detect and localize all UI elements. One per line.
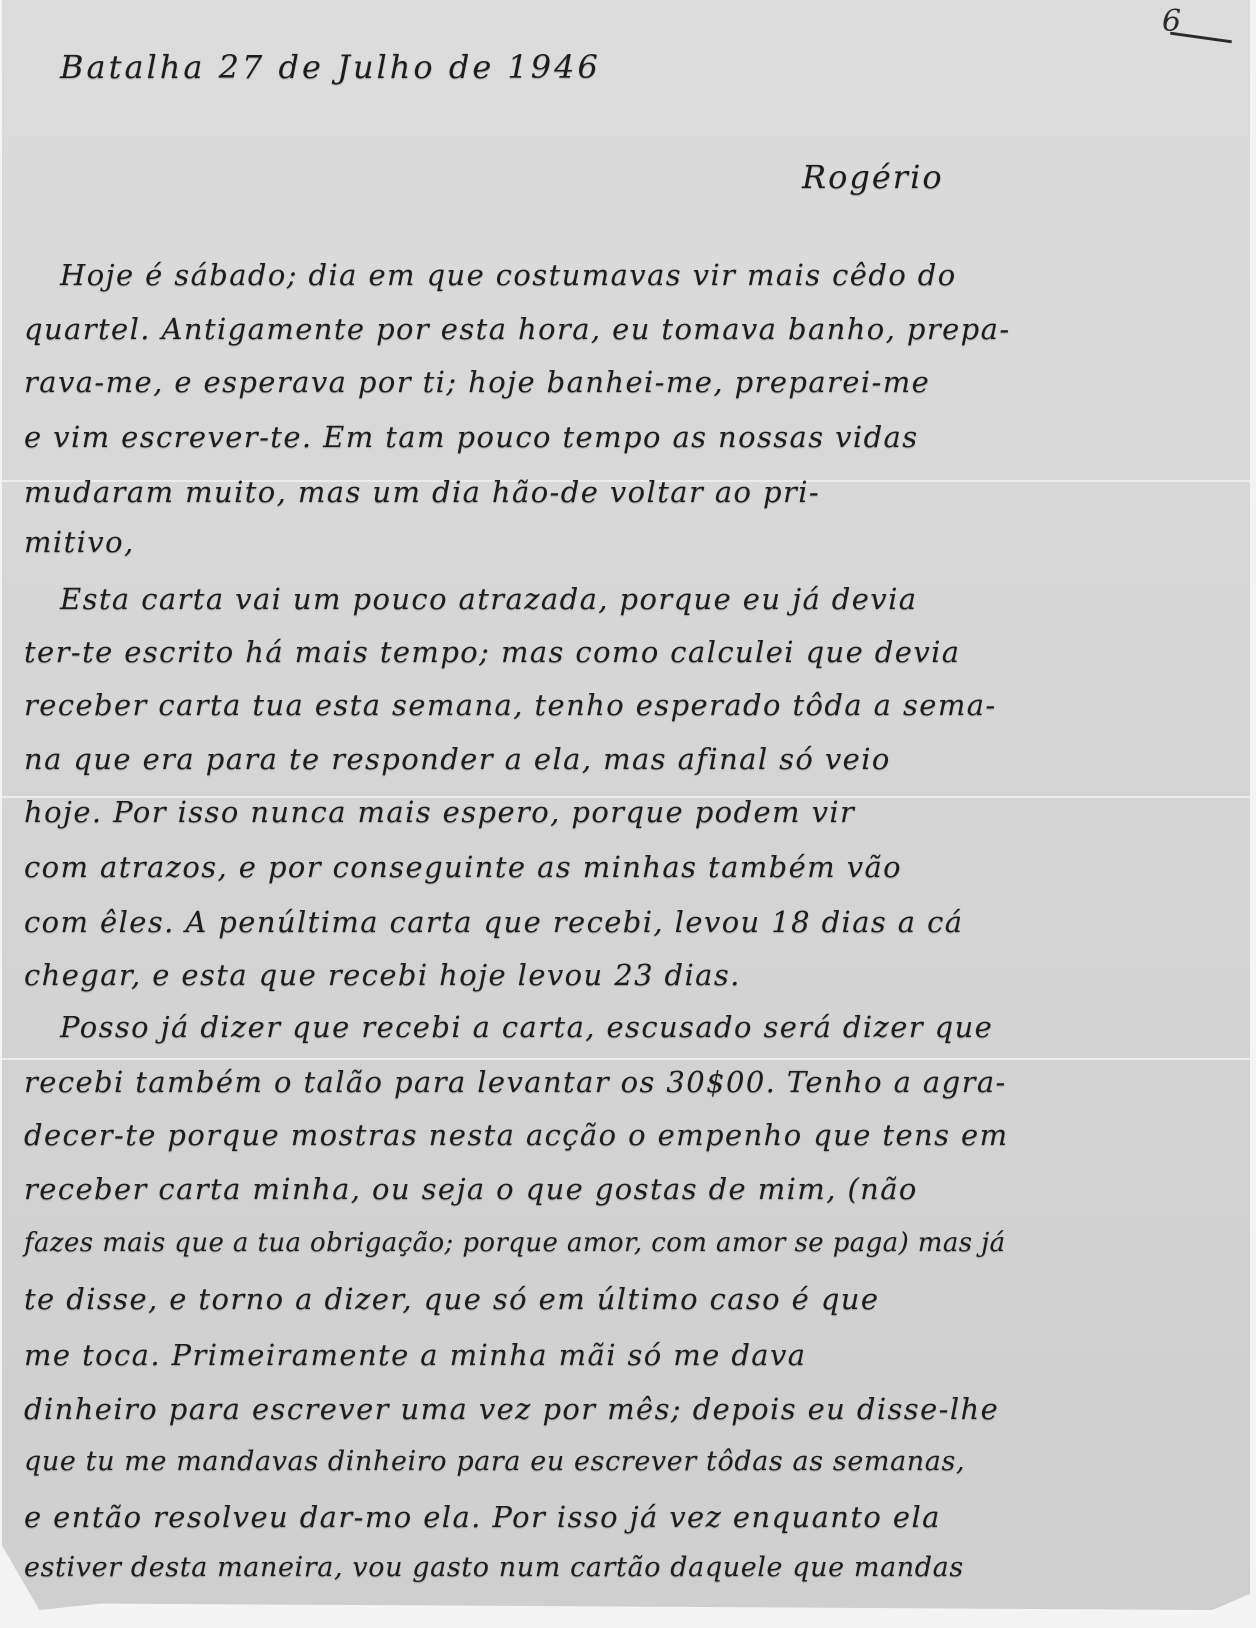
dateline: Batalha 27 de Julho de 1946 [60,48,1256,86]
letter-line: recebi também o talão para levantar os 3… [24,1065,1234,1099]
letter-line: rava-me, e esperava por ti; hoje banhei-… [24,365,1234,399]
letter-line: hoje. Por isso nunca mais espero, porque… [24,795,1234,829]
letter-line: decer-te porque mostras nesta acção o em… [24,1118,1234,1152]
letter-line: ter-te escrito há mais tempo; mas como c… [24,635,1234,669]
letter-line: receber carta minha, ou seja o que gosta… [24,1172,1234,1206]
salutation: Rogério [802,158,1256,196]
letter-line: na que era para te responder a ela, mas … [24,742,1234,776]
letter-line: Esta carta vai um pouco atrazada, porque… [24,582,1256,616]
letter-line: com atrazos, e por conseguinte as minhas… [24,850,1234,884]
letter-line: receber carta tua esta semana, tenho esp… [24,688,1234,722]
letter-line: que tu me mandavas dinheiro para eu escr… [24,1446,1234,1477]
letter-line: Hoje é sábado; dia em que costumavas vir… [24,258,1256,292]
letter-line: com êles. A penúltima carta que recebi, … [24,905,1234,939]
letter-line: Posso já dizer que recebi a carta, escus… [24,1010,1256,1044]
letter-line: e então resolveu dar-mo ela. Por isso já… [24,1500,1234,1534]
letter-line: chegar, e esta que recebi hoje levou 23 … [24,958,1234,992]
letter-line: fazes mais que a tua obrigação; porque a… [24,1228,1234,1258]
letter-line: quartel. Antigamente por esta hora, eu t… [24,312,1234,346]
letter-line: e vim escrever-te. Em tam pouco tempo as… [24,420,1234,454]
letter-page: 6 Batalha 27 de Julho de 1946 Rogério Ho… [2,0,1250,1610]
letter-line: mudaram muito, mas um dia hão-de voltar … [24,475,1234,509]
letter-line: mitivo, [24,525,1234,559]
letter-line: estiver desta maneira, vou gasto num car… [24,1552,1234,1583]
letter-line: te disse, e torno a dizer, que só em últ… [24,1282,1234,1316]
letter-line: dinheiro para escrever uma vez por mês; … [24,1392,1234,1426]
paper-fold-line [2,1058,1250,1060]
letter-line: me toca. Primeiramente a minha mãi só me… [24,1338,1234,1372]
